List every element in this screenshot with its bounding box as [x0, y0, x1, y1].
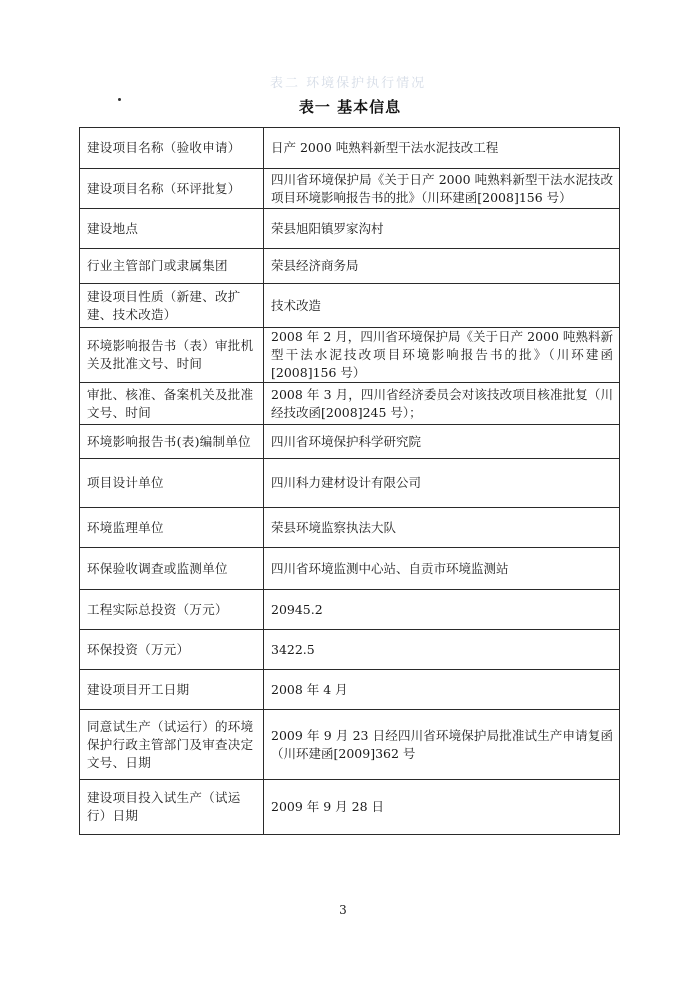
table-row: 项目设计单位 四川科力建材设计有限公司 [80, 459, 620, 508]
row-value: 四川省环境保护科学研究院 [264, 425, 620, 459]
row-value: 四川科力建材设计有限公司 [264, 459, 620, 508]
row-value: 荣县环境监察执法大队 [264, 508, 620, 548]
row-label: 环境影响报告书（表）审批机关及批准文号、时间 [80, 328, 264, 383]
row-label: 同意试生产（试运行）的环境保护行政主管部门及审查决定文号、日期 [80, 710, 264, 780]
table-row: 环境影响报告书(表)编制单位 四川省环境保护科学研究院 [80, 425, 620, 459]
table-row: 环保投资（万元） 3422.5 [80, 630, 620, 670]
row-label: 建设项目性质（新建、改扩建、技术改造） [80, 284, 264, 328]
row-label: 环境监理单位 [80, 508, 264, 548]
row-value: 2009 年 9 月 23 日经四川省环境保护局批准试生产申请复函（川环建函[2… [264, 710, 620, 780]
table-row: 建设项目名称（验收申请） 日产 2000 吨熟料新型干法水泥技改工程 [80, 128, 620, 169]
row-label: 建设项目投入试生产（试运行）日期 [80, 780, 264, 835]
page-title: 表一 基本信息 [0, 96, 700, 117]
table-row: 建设地点 荣县旭阳镇罗家沟村 [80, 209, 620, 249]
row-label: 环境影响报告书(表)编制单位 [80, 425, 264, 459]
row-label: 建设地点 [80, 209, 264, 249]
row-label: 环保验收调查或监测单位 [80, 548, 264, 590]
row-label: 项目设计单位 [80, 459, 264, 508]
row-value: 3422.5 [264, 630, 620, 670]
row-label: 建设项目名称（验收申请） [80, 128, 264, 169]
table-row: 同意试生产（试运行）的环境保护行政主管部门及审查决定文号、日期 2009 年 9… [80, 710, 620, 780]
table-row: 行业主管部门或隶属集团 荣县经济商务局 [80, 249, 620, 284]
row-label: 审批、核准、备案机关及批准文号、时间 [80, 383, 264, 425]
basic-info-table: 建设项目名称（验收申请） 日产 2000 吨熟料新型干法水泥技改工程 建设项目名… [79, 127, 620, 835]
table-row: 建设项目开工日期 2008 年 4 月 [80, 670, 620, 710]
table-row: 建设项目性质（新建、改扩建、技术改造） 技术改造 [80, 284, 620, 328]
row-label: 环保投资（万元） [80, 630, 264, 670]
table-row: 环境监理单位 荣县环境监察执法大队 [80, 508, 620, 548]
row-value: 2008 年 2 月，四川省环境保护局《关于日产 2000 吨熟料新型干法水泥技… [264, 328, 620, 383]
row-label: 工程实际总投资（万元） [80, 590, 264, 630]
row-label: 建设项目名称（环评批复） [80, 169, 264, 209]
table-row: 审批、核准、备案机关及批准文号、时间 2008 年 3 月，四川省经济委员会对该… [80, 383, 620, 425]
row-value: 2008 年 4 月 [264, 670, 620, 710]
row-value: 荣县旭阳镇罗家沟村 [264, 209, 620, 249]
row-value: 日产 2000 吨熟料新型干法水泥技改工程 [264, 128, 620, 169]
table-row: 环境影响报告书（表）审批机关及批准文号、时间 2008 年 2 月，四川省环境保… [80, 328, 620, 383]
row-label: 建设项目开工日期 [80, 670, 264, 710]
table-row: 工程实际总投资（万元） 20945.2 [80, 590, 620, 630]
row-value: 20945.2 [264, 590, 620, 630]
row-value: 荣县经济商务局 [264, 249, 620, 284]
row-value: 四川省环境监测中心站、自贡市环境监测站 [264, 548, 620, 590]
row-value: 四川省环境保护局《关于日产 2000 吨熟料新型干法水泥技改项目环境影响报告书的… [264, 169, 620, 209]
table-row: 建设项目投入试生产（试运行）日期 2009 年 9 月 28 日 [80, 780, 620, 835]
bleed-through-heading: 表二 环境保护执行情况 [270, 72, 426, 91]
row-label: 行业主管部门或隶属集团 [80, 249, 264, 284]
page-number: 3 [336, 903, 350, 917]
table-row: 环保验收调查或监测单位 四川省环境监测中心站、自贡市环境监测站 [80, 548, 620, 590]
table-row: 建设项目名称（环评批复） 四川省环境保护局《关于日产 2000 吨熟料新型干法水… [80, 169, 620, 209]
row-value: 2009 年 9 月 28 日 [264, 780, 620, 835]
row-value: 技术改造 [264, 284, 620, 328]
row-value: 2008 年 3 月，四川省经济委员会对该技改项目核准批复（川经技改函[2008… [264, 383, 620, 425]
